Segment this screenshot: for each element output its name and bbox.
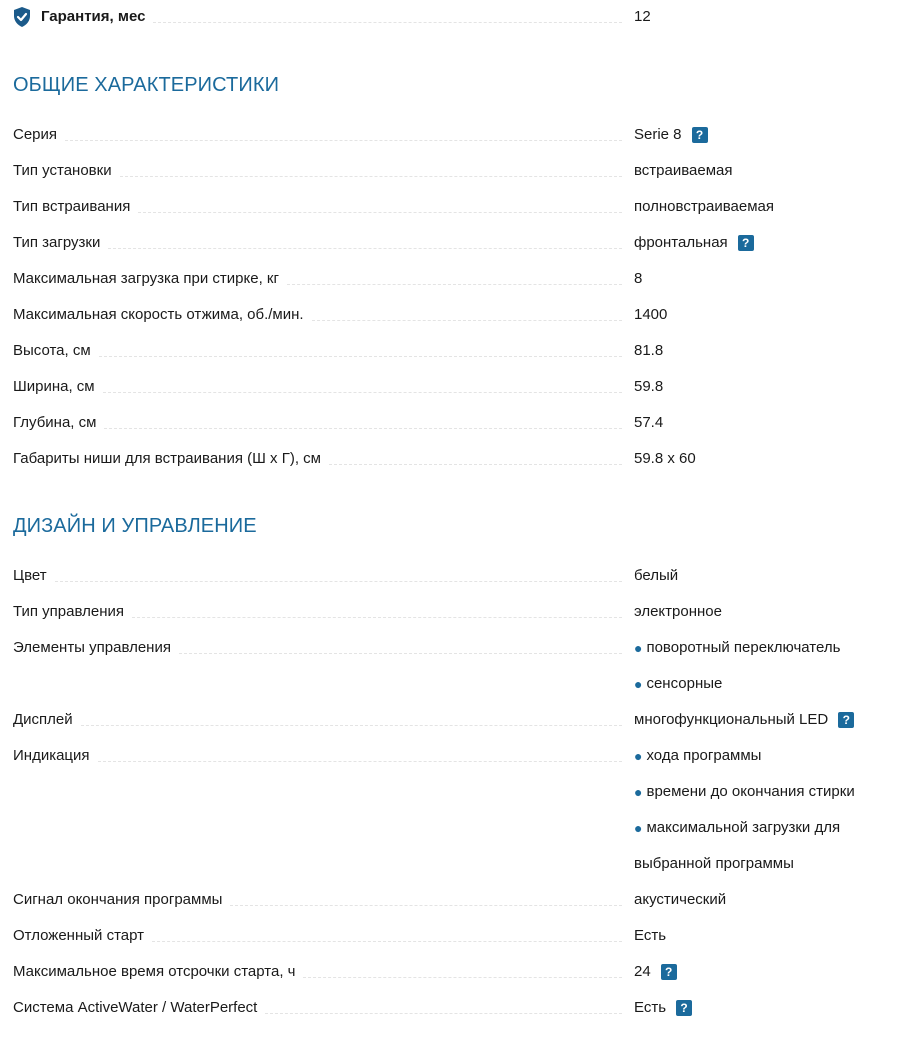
spec-label: Тип установки [13,161,120,181]
spec-value-text: Serie 8 [634,125,682,145]
bullet-item-text: сенсорные [646,674,722,694]
bullet-item-text: максимальной загрузки для [646,818,840,838]
spec-label-wrap: Глубина, см [0,407,622,433]
bullet-icon: ● [634,674,642,694]
spec-label-wrap: Тип управления [0,596,622,622]
warranty-value: 12 [634,7,651,27]
dotted-leader [99,356,622,357]
spec-value: многофункциональный LED? [634,710,854,730]
spec-value-text: 59.8 [634,377,663,397]
bullet-item-text: поворотный переключатель [646,638,840,658]
spec-value: фронтальная? [634,233,754,253]
spec-label-wrap: Высота, см [0,335,622,361]
dotted-leader [230,905,622,906]
spec-value: 59.8 [634,377,663,397]
spec-row: Глубина, см57.4 [0,407,902,443]
spec-label: Максимальное время отсрочки старта, ч [13,962,303,982]
dotted-leader [132,617,622,618]
spec-row-continuation: ●сенсорные [0,668,902,704]
dotted-leader [65,140,622,141]
dotted-leader [138,212,622,213]
spec-label-wrap: Дисплей [0,704,622,730]
spec-label: Глубина, см [13,413,104,433]
spec-label: Цвет [13,566,55,586]
spec-row: Высота, см81.8 [0,335,902,371]
dotted-leader [287,284,622,285]
spec-value-text: полновстраиваемая [634,197,774,217]
spec-row: Дисплеймногофункциональный LED? [0,704,902,740]
spec-value: Есть [634,926,666,946]
spec-row: Система ActiveWater / WaterPerfectЕсть? [0,992,902,1028]
spec-row: Максимальная загрузка при стирке, кг8 [0,263,902,299]
spec-label: Сигнал окончания программы [13,890,230,910]
spec-label: Тип управления [13,602,132,622]
spec-label-wrap: Тип встраивания [0,191,622,217]
spec-label: Максимальная загрузка при стирке, кг [13,269,287,289]
spec-row: Отложенный стартЕсть [0,920,902,956]
spec-label-wrap: Элементы управления [0,632,622,658]
spec-row-warranty: Гарантия, мес 12 [0,5,902,41]
spec-value-text: 81.8 [634,341,663,361]
spec-value: 59.8 x 60 [634,449,696,469]
bullet-item-text: времени до окончания стирки [646,782,854,802]
spec-label-wrap: Габариты ниши для встраивания (Ш x Г), с… [0,443,622,469]
spec-value: выбранной программы [634,854,794,874]
spec-row: Максимальное время отсрочки старта, ч24? [0,956,902,992]
section-title-general: ОБЩИЕ ХАРАКТЕРИСТИКИ [0,73,279,97]
spec-label-wrap: Ширина, см [0,371,622,397]
spec-row: СерияSerie 8? [0,119,902,155]
help-icon[interactable]: ? [676,1000,692,1016]
spec-value-text: 59.8 x 60 [634,449,696,469]
help-icon[interactable]: ? [661,964,677,980]
spec-value: полновстраиваемая [634,197,774,217]
spec-value: 81.8 [634,341,663,361]
shield-check-icon [13,7,31,27]
warranty-label: Гарантия, мес [41,7,145,27]
dotted-leader [312,320,622,321]
help-icon[interactable]: ? [738,235,754,251]
spec-value-text: многофункциональный LED [634,710,828,730]
section-design-specs: ЦветбелыйТип управленияэлектронноеЭлемен… [0,560,902,1028]
spec-value-text: фронтальная [634,233,728,253]
spec-label-wrap: Серия [0,119,622,145]
spec-label: Элементы управления [13,638,179,658]
dotted-leader [103,392,622,393]
spec-value-text: 8 [634,269,642,289]
spec-value-text: 24 [634,962,651,982]
spec-label-wrap: Максимальная загрузка при стирке, кг [0,263,622,289]
dotted-leader [329,464,622,465]
bullet-icon: ● [634,782,642,802]
spec-label: Ширина, см [13,377,103,397]
spec-value: электронное [634,602,722,622]
spec-row: Тип встраиванияполновстраиваемая [0,191,902,227]
dotted-leader [265,1013,622,1014]
dotted-leader [98,761,622,762]
dotted-leader [120,176,622,177]
dotted-leader [179,653,622,654]
section-general-specs: СерияSerie 8?Тип установкивстраиваемаяТи… [0,119,902,479]
spec-row: Тип загрузкифронтальная? [0,227,902,263]
spec-label-wrap: Сигнал окончания программы [0,884,622,910]
spec-value-text: Есть [634,998,666,1018]
spec-label-wrap: Тип установки [0,155,622,181]
spec-label-wrap: Система ActiveWater / WaterPerfect [0,992,622,1018]
spec-row: Индикация●хода программы [0,740,902,776]
spec-label: Система ActiveWater / WaterPerfect [13,998,265,1018]
bullet-icon: ● [634,638,642,658]
spec-value-text: акустический [634,890,726,910]
spec-row: Цветбелый [0,560,902,596]
spec-value: Serie 8? [634,125,708,145]
warranty-label-wrap: Гарантия, мес [13,7,153,27]
spec-value: ●времени до окончания стирки [634,782,855,802]
bullet-continuation-text: выбранной программы [634,854,794,874]
spec-value-text: Есть [634,926,666,946]
dotted-leader [153,22,622,23]
spec-value: ●максимальной загрузки для [634,818,840,838]
dotted-leader [152,941,622,942]
spec-label-wrap: Максимальная скорость отжима, об./мин. [0,299,622,325]
spec-row: Тип установкивстраиваемая [0,155,902,191]
dotted-leader [108,248,622,249]
spec-label-wrap: Цвет [0,560,622,586]
spec-label: Индикация [13,746,98,766]
dotted-leader [81,725,622,726]
spec-row: Сигнал окончания программыакустический [0,884,902,920]
spec-label: Серия [13,125,65,145]
spec-label: Тип встраивания [13,197,138,217]
help-icon[interactable]: ? [838,712,854,728]
spec-label-wrap: Максимальное время отсрочки старта, ч [0,956,622,982]
dotted-leader [303,977,622,978]
dotted-leader [55,581,622,582]
bullet-icon: ● [634,818,642,838]
spec-value: 57.4 [634,413,663,433]
spec-label: Дисплей [13,710,81,730]
spec-value: ●сенсорные [634,674,722,694]
spec-value-text: 1400 [634,305,667,325]
spec-label-wrap: Отложенный старт [0,920,622,946]
spec-value-text: встраиваемая [634,161,733,181]
spec-label: Максимальная скорость отжима, об./мин. [13,305,312,325]
dotted-leader [104,428,622,429]
spec-value: ●поворотный переключатель [634,638,840,658]
spec-value: Есть? [634,998,692,1018]
spec-value: белый [634,566,678,586]
spec-value: акустический [634,890,726,910]
spec-value: ●хода программы [634,746,761,766]
spec-value: 1400 [634,305,667,325]
spec-label: Отложенный старт [13,926,152,946]
spec-value-text: 57.4 [634,413,663,433]
spec-row-continuation: ●времени до окончания стирки [0,776,902,812]
spec-row: Элементы управления●поворотный переключа… [0,632,902,668]
spec-row: Ширина, см59.8 [0,371,902,407]
help-icon[interactable]: ? [692,127,708,143]
spec-value: 8 [634,269,642,289]
spec-value: встраиваемая [634,161,733,181]
spec-row: Максимальная скорость отжима, об./мин.14… [0,299,902,335]
spec-value-text: белый [634,566,678,586]
spec-label: Тип загрузки [13,233,108,253]
spec-value: 24? [634,962,677,982]
section-title-design: ДИЗАЙН И УПРАВЛЕНИЕ [0,514,257,538]
spec-row: Тип управленияэлектронное [0,596,902,632]
spec-row-continuation: ●максимальной загрузки для [0,812,902,848]
spec-row: Габариты ниши для встраивания (Ш x Г), с… [0,443,902,479]
spec-label: Габариты ниши для встраивания (Ш x Г), с… [13,449,329,469]
bullet-icon: ● [634,746,642,766]
spec-row-continuation: выбранной программы [0,848,902,884]
spec-value-text: электронное [634,602,722,622]
spec-label-wrap: Тип загрузки [0,227,622,253]
spec-label: Высота, см [13,341,99,361]
spec-label-wrap: Индикация [0,740,622,766]
bullet-item-text: хода программы [646,746,761,766]
